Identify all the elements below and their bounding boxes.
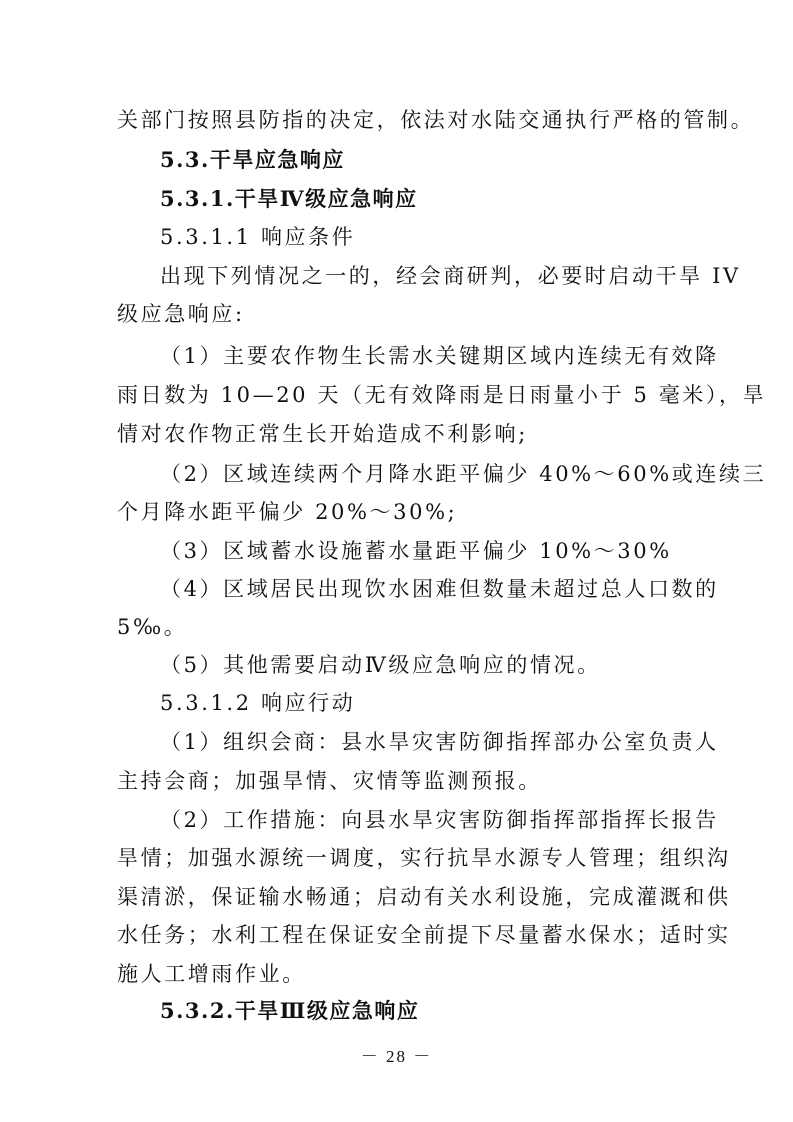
list-item-3: （3）区域蓄水设施蓄水量距平偏少 10%～30% xyxy=(160,538,683,564)
body-line: 雨日数为 10—20 天（无有效降雨是日雨量小于 5 毫米），旱 xyxy=(117,382,683,408)
document-page: 关部门按照县防指的决定，依法对水陆交通执行严格的管制。 5.3.干旱应急响应 5… xyxy=(0,0,793,1122)
body-line: 渠清淤，保证输水畅通；启动有关水利设施，完成灌溉和供 xyxy=(117,884,683,910)
list-item-1: （1）主要农作物生长需水关键期区域内连续无有效降 xyxy=(160,343,683,369)
body-line: 旱情；加强水源统一调度，实行抗旱水源专人管理；组织沟 xyxy=(117,845,683,871)
action-item-1: （1）组织会商：县水旱灾害防御指挥部办公室负责人 xyxy=(160,729,683,755)
section-heading-5-3-1: 5.3.1.干旱Ⅳ级应急响应 xyxy=(160,186,683,212)
list-item-4: （4）区域居民出现饮水困难但数量未超过总人口数的 xyxy=(160,576,683,602)
body-line: 主持会商；加强旱情、灾情等监测预报。 xyxy=(117,768,683,794)
body-line: 个月降水距平偏少 20%～30%; xyxy=(117,499,683,525)
body-line: 关部门按照县防指的决定，依法对水陆交通执行严格的管制。 xyxy=(117,107,683,133)
body-line: 5‰。 xyxy=(117,614,683,640)
page-number: － 28 － xyxy=(0,1042,793,1067)
action-item-2: （2）工作措施：向县水旱灾害防御指挥部指挥长报告 xyxy=(160,807,683,833)
body-line: 出现下列情况之一的，经会商研判，必要时启动干旱 IV xyxy=(160,263,683,289)
list-item-5: （5）其他需要启动Ⅳ级应急响应的情况。 xyxy=(160,652,683,678)
body-line: 施人工增雨作业。 xyxy=(117,961,683,987)
body-line: 情对农作物正常生长开始造成不利影响; xyxy=(117,421,683,447)
body-line: 级应急响应: xyxy=(117,301,683,327)
section-heading-5-3: 5.3.干旱应急响应 xyxy=(160,147,683,173)
subsection-heading-5-3-1-1: 5.3.1.1 响应条件 xyxy=(160,224,683,250)
section-heading-5-3-2: 5.3.2.干旱Ⅲ级应急响应 xyxy=(160,998,683,1024)
list-item-2: （2）区域连续两个月降水距平偏少 40%～60%或连续三 xyxy=(160,461,683,487)
body-line: 水任务；水利工程在保证安全前提下尽量蓄水保水；适时实 xyxy=(117,922,683,948)
subsection-heading-5-3-1-2: 5.3.1.2 响应行动 xyxy=(160,690,683,716)
